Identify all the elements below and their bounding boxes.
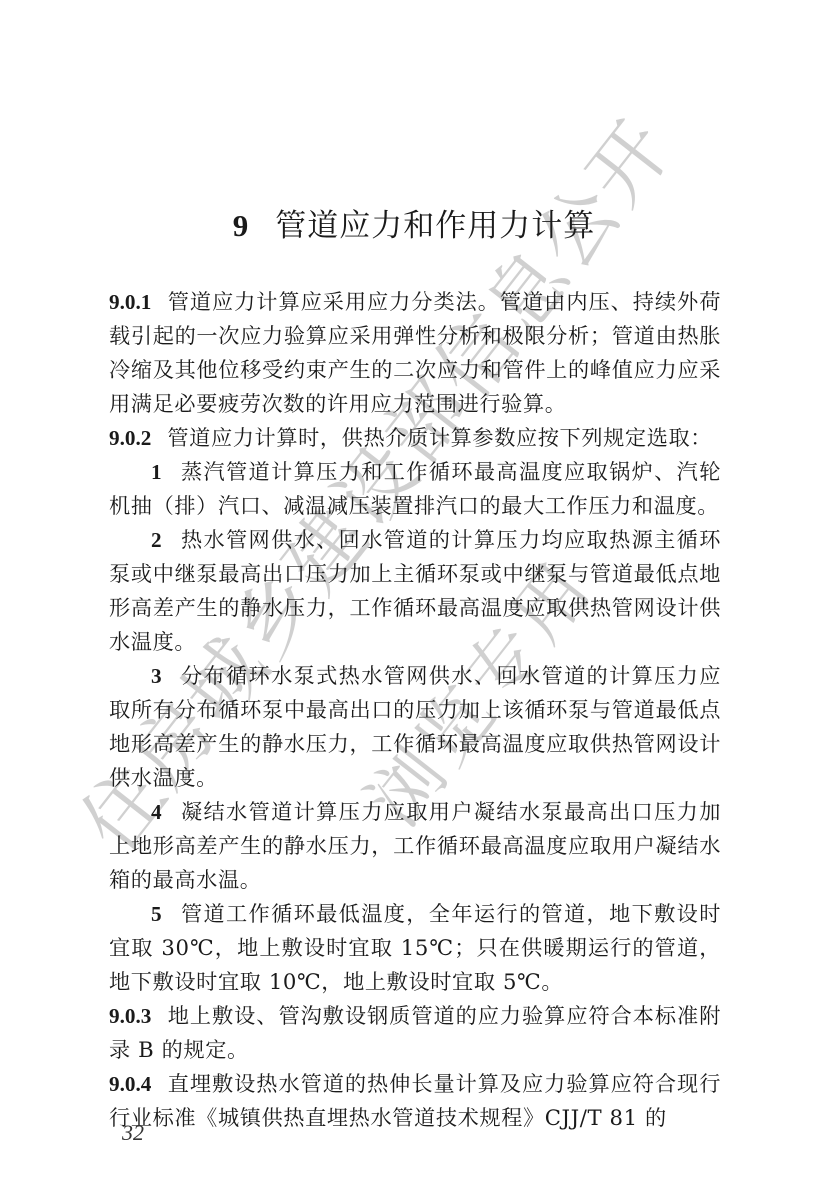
- chapter-number: 9: [233, 208, 250, 243]
- item-text: 管道工作循环最低温度，全年运行的管道，地下敷设时宜取 30℃，地上敷设时宜取 1…: [109, 901, 721, 994]
- clause-item-1: 1蒸汽管道计算压力和工作循环最高温度应取锅炉、汽轮机抽（排）汽口、减温减压装置排…: [109, 455, 721, 523]
- clause-item-2: 2热水管网供水、回水管道的计算压力均应取热源主循环泵或中继泵最高出口压力加上主循…: [109, 523, 721, 659]
- clause-item-4: 4凝结水管道计算压力应取用户凝结水泵最高出口压力加上地形高差产生的静水压力，工作…: [109, 795, 721, 897]
- clause-text: 地上敷设、管沟敷设钢质管道的应力验算应符合本标准附录 B 的规定。: [109, 1003, 721, 1062]
- clause-9-0-1: 9.0.1管道应力计算应采用应力分类法。管道由内压、持续外荷载引起的一次应力验算…: [109, 285, 721, 421]
- clause-number: 9.0.4: [109, 1072, 151, 1096]
- item-text: 凝结水管道计算压力应取用户凝结水泵最高出口压力加上地形高差产生的静水压力，工作循…: [109, 799, 721, 892]
- item-number: 1: [151, 460, 162, 484]
- clause-9-0-2: 9.0.2管道应力计算时，供热介质计算参数应按下列规定选取：: [109, 421, 721, 455]
- clause-text: 直埋敷设热水管道的热伸长量计算及应力验算应符合现行行业标准《城镇供热直埋热水管道…: [109, 1071, 721, 1130]
- item-text: 蒸汽管道计算压力和工作循环最高温度应取锅炉、汽轮机抽（排）汽口、减温减压装置排汽…: [109, 459, 721, 518]
- clause-9-0-4: 9.0.4直埋敷设热水管道的热伸长量计算及应力验算应符合现行行业标准《城镇供热直…: [109, 1067, 721, 1135]
- chapter-title-text: 管道应力和作用力计算: [275, 208, 595, 244]
- clause-9-0-3: 9.0.3地上敷设、管沟敷设钢质管道的应力验算应符合本标准附录 B 的规定。: [109, 999, 721, 1067]
- item-text: 分布循环水泵式热水管网供水、回水管道的计算压力应取所有分布循环泵中最高出口的压力…: [109, 663, 721, 790]
- item-number: 2: [151, 528, 162, 552]
- item-number: 4: [151, 800, 162, 824]
- chapter-title: 9管道应力和作用力计算: [0, 200, 828, 245]
- document-body: 9.0.1管道应力计算应采用应力分类法。管道由内压、持续外荷载引起的一次应力验算…: [109, 285, 721, 1135]
- clause-number: 9.0.1: [109, 290, 151, 314]
- item-number: 5: [151, 902, 162, 926]
- clause-number: 9.0.2: [109, 426, 151, 450]
- clause-text: 管道应力计算应采用应力分类法。管道由内压、持续外荷载引起的一次应力验算应采用弹性…: [109, 289, 721, 416]
- clause-item-5: 5管道工作循环最低温度，全年运行的管道，地下敷设时宜取 30℃，地上敷设时宜取 …: [109, 897, 721, 999]
- document-page: 住房城乡建设部信息公开 浏览专用 9管道应力和作用力计算 9.0.1管道应力计算…: [0, 0, 828, 1198]
- clause-text: 管道应力计算时，供热介质计算参数应按下列规定选取：: [167, 425, 712, 450]
- clause-number: 9.0.3: [109, 1004, 151, 1028]
- item-number: 3: [151, 664, 162, 688]
- item-text: 热水管网供水、回水管道的计算压力均应取热源主循环泵或中继泵最高出口压力加上主循环…: [109, 527, 721, 654]
- clause-item-3: 3分布循环水泵式热水管网供水、回水管道的计算压力应取所有分布循环泵中最高出口的压…: [109, 659, 721, 795]
- page-number: 32: [122, 1120, 144, 1146]
